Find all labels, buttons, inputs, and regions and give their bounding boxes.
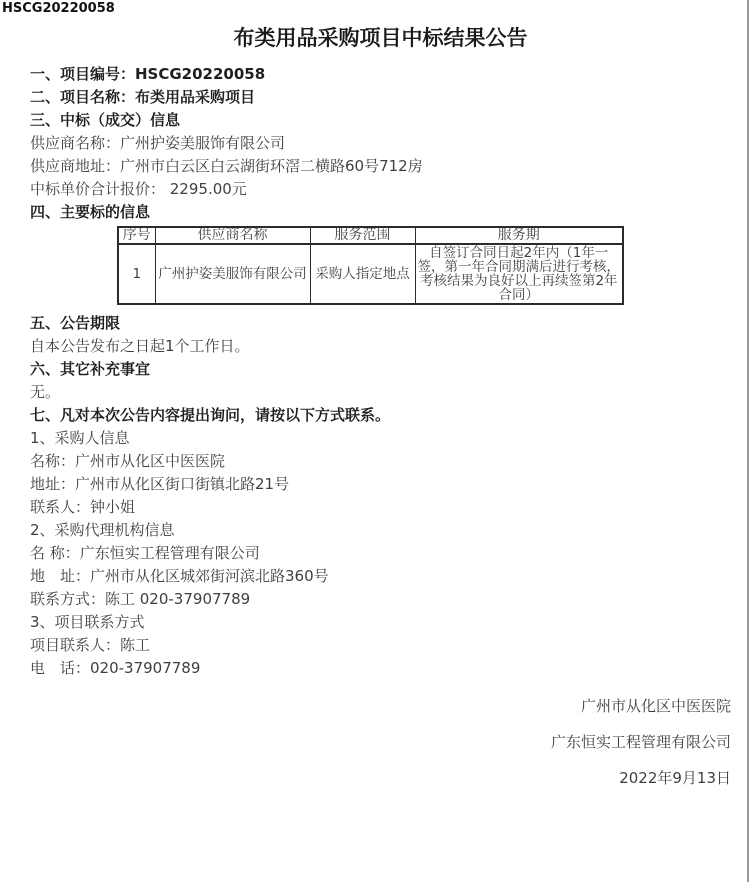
purchaser-name-line: 名称：广州市从化区中医医院 (30, 450, 731, 473)
cell-scope: 采购人指定地点 (310, 244, 415, 304)
table-row: 1 广州护姿美服饰有限公司 采购人指定地点 自签订合同日起2年内（1年一签，第一… (118, 244, 623, 304)
signature-block: 广州市从化区中医医院 广东恒实工程管理有限公司 2022年9月13日 (30, 688, 731, 796)
section-other-matters: 六、其它补充事宜 (30, 358, 731, 381)
column-header-supplier: 供应商名称 (155, 227, 310, 244)
supplier-name-line: 供应商名称：广州护姿美服饰有限公司 (30, 132, 731, 155)
cell-period: 自签订合同日起2年内（1年一签，第一年合同期满后进行考核，考核结果为良好以上再续… (415, 244, 623, 304)
section-award-info: 三、中标（成交）信息 (30, 109, 731, 132)
purchaser-info-heading: 1、采购人信息 (30, 427, 731, 450)
agency-name-line: 名 称：广东恒实工程管理有限公司 (30, 542, 731, 565)
agency-address-line: 地 址：广州市从化区城郊街河滨北路360号 (30, 565, 731, 588)
award-details-table: 序号 供应商名称 服务范围 服务期 1 广州护姿美服饰有限公司 采购人指定地点 … (117, 226, 624, 305)
document-content: 布类用品采购项目中标结果公告 一、项目编号：HSCG20220058 二、项目名… (0, 0, 747, 796)
column-header-index: 序号 (118, 227, 155, 244)
section-project-number: 一、项目编号：HSCG20220058 (30, 63, 731, 86)
section-notice-period: 五、公告期限 (30, 312, 731, 335)
column-header-scope: 服务范围 (310, 227, 415, 244)
signature-purchaser: 广州市从化区中医医院 (30, 688, 731, 724)
table-header-row: 序号 供应商名称 服务范围 服务期 (118, 227, 623, 244)
project-contact-heading: 3、项目联系方式 (30, 611, 731, 634)
section-project-name: 二、项目名称：布类用品采购项目 (30, 86, 731, 109)
announcement-page: HSCG20220058 布类用品采购项目中标结果公告 一、项目编号：HSCG2… (0, 0, 749, 882)
agency-info-heading: 2、采购代理机构信息 (30, 519, 731, 542)
cell-index: 1 (118, 244, 155, 304)
project-contact-person-line: 项目联系人：陈工 (30, 634, 731, 657)
column-header-period: 服务期 (415, 227, 623, 244)
notice-period-line: 自本公告发布之日起1个工作日。 (30, 335, 731, 358)
purchaser-address-line: 地址：广州市从化区街口街镇北路21号 (30, 473, 731, 496)
signature-date: 2022年9月13日 (30, 760, 731, 796)
supplier-address-line: 供应商地址：广州市白云区白云湖街环滘二横路60号712房 (30, 155, 731, 178)
section-contact: 七、凡对本次公告内容提出询问，请按以下方式联系。 (30, 404, 731, 427)
section-main-subject: 四、主要标的信息 (30, 201, 731, 224)
purchaser-contact-person-line: 联系人：钟小姐 (30, 496, 731, 519)
project-phone-line: 电 话：020-37907789 (30, 657, 731, 680)
other-matters-line: 无。 (30, 381, 731, 404)
award-price-line: 中标单价合计报价： 2295.00元 (30, 178, 731, 201)
document-code: HSCG20220058 (2, 1, 115, 16)
signature-agency: 广东恒实工程管理有限公司 (30, 724, 731, 760)
cell-supplier: 广州护姿美服饰有限公司 (155, 244, 310, 304)
agency-contact-line: 联系方式：陈工 020-37907789 (30, 588, 731, 611)
page-title: 布类用品采购项目中标结果公告 (30, 25, 731, 51)
